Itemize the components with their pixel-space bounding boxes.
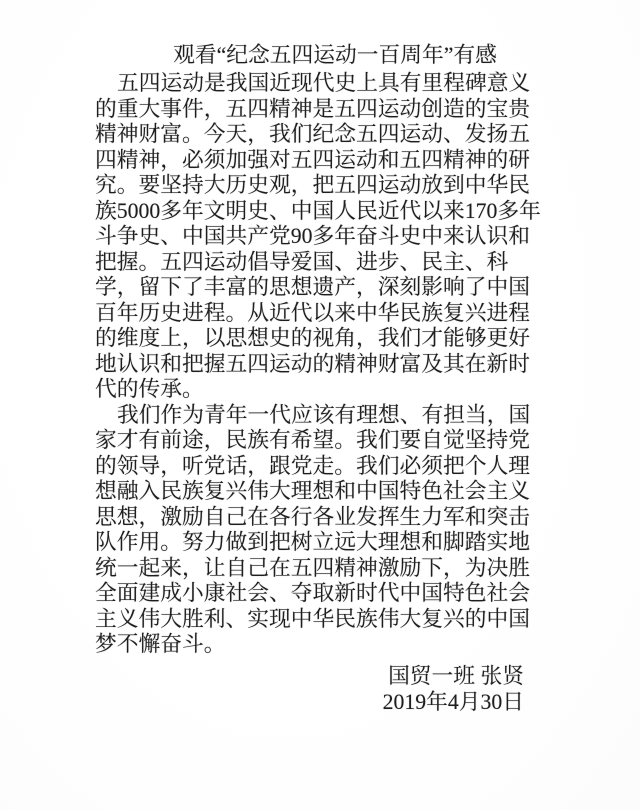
date-line: 2019年4月30日 <box>95 689 524 715</box>
text-line: 全面建成小康社会、夺取新时代中国特色社会 <box>95 581 537 607</box>
text-line: 的领导，听党话，跟党走。我们必须把个人理 <box>95 454 537 480</box>
paragraph: 我们作为青年一代应该有理想、有担当，国家才有前途，民族有希望。我们要自觉坚持党的… <box>95 403 537 658</box>
text-line: 学，留下了丰富的思想遗产，深刻影响了中国 <box>95 275 537 301</box>
text-line: 斗争史、中国共产党90多年奋斗史中来认识和 <box>95 224 537 250</box>
text-line: 地认识和把握五四运动的精神财富及其在新时 <box>95 352 537 378</box>
paragraph: 五四运动是我国近现代史上具有里程碑意义的重大事件，五四精神是五四运动创造的宝贵精… <box>95 71 537 403</box>
text-line: 四精神，必须加强对五四运动和五四精神的研 <box>95 148 537 174</box>
text-line: 主义伟大胜利、实现中华民族伟大复兴的中国 <box>95 607 537 633</box>
text-line: 族5000多年文明史、中国人民近代以来170多年 <box>95 199 537 225</box>
signature-block: 国贸一班 张贤 2019年4月30日 <box>95 663 537 715</box>
document-page: 观看“纪念五四运动一百周年”有感 五四运动是我国近现代史上具有里程碑意义的重大事… <box>0 0 640 810</box>
text-line: 百年历史进程。从近代以来中华民族复兴进程 <box>95 301 537 327</box>
text-line: 把握。五四运动倡导爱国、进步、民主、科 <box>95 250 537 276</box>
text-line: 代的传承。 <box>95 377 537 403</box>
paragraphs-container: 五四运动是我国近现代史上具有里程碑意义的重大事件，五四精神是五四运动创造的宝贵精… <box>95 71 537 658</box>
document-title: 观看“纪念五四运动一百周年”有感 <box>15 43 640 69</box>
text-line: 精神财富。今天，我们纪念五四运动、发扬五 <box>95 122 537 148</box>
text-line: 队作用。努力做到把树立远大理想和脚踏实地 <box>95 530 537 556</box>
text-line: 的重大事件，五四精神是五四运动创造的宝贵 <box>95 97 537 123</box>
text-line: 究。要坚持大历史观，把五四运动放到中华民 <box>95 173 537 199</box>
text-line: 统一起来，让自己在五四精神激励下，为决胜 <box>95 556 537 582</box>
text-line: 五四运动是我国近现代史上具有里程碑意义 <box>95 71 537 97</box>
text-line: 想融入民族复兴伟大理想和中国特色社会主义 <box>95 479 537 505</box>
signature-line: 国贸一班 张贤 <box>95 663 524 689</box>
document-body: 五四运动是我国近现代史上具有里程碑意义的重大事件，五四精神是五四运动创造的宝贵精… <box>95 71 537 715</box>
text-line: 梦不懈奋斗。 <box>95 632 537 658</box>
text-line: 我们作为青年一代应该有理想、有担当，国 <box>95 403 537 429</box>
text-line: 思想，激励自己在各行各业发挥生力军和突击 <box>95 505 537 531</box>
text-line: 家才有前途，民族有希望。我们要自觉坚持党 <box>95 428 537 454</box>
text-line: 的维度上，以思想史的视角，我们才能够更好 <box>95 326 537 352</box>
